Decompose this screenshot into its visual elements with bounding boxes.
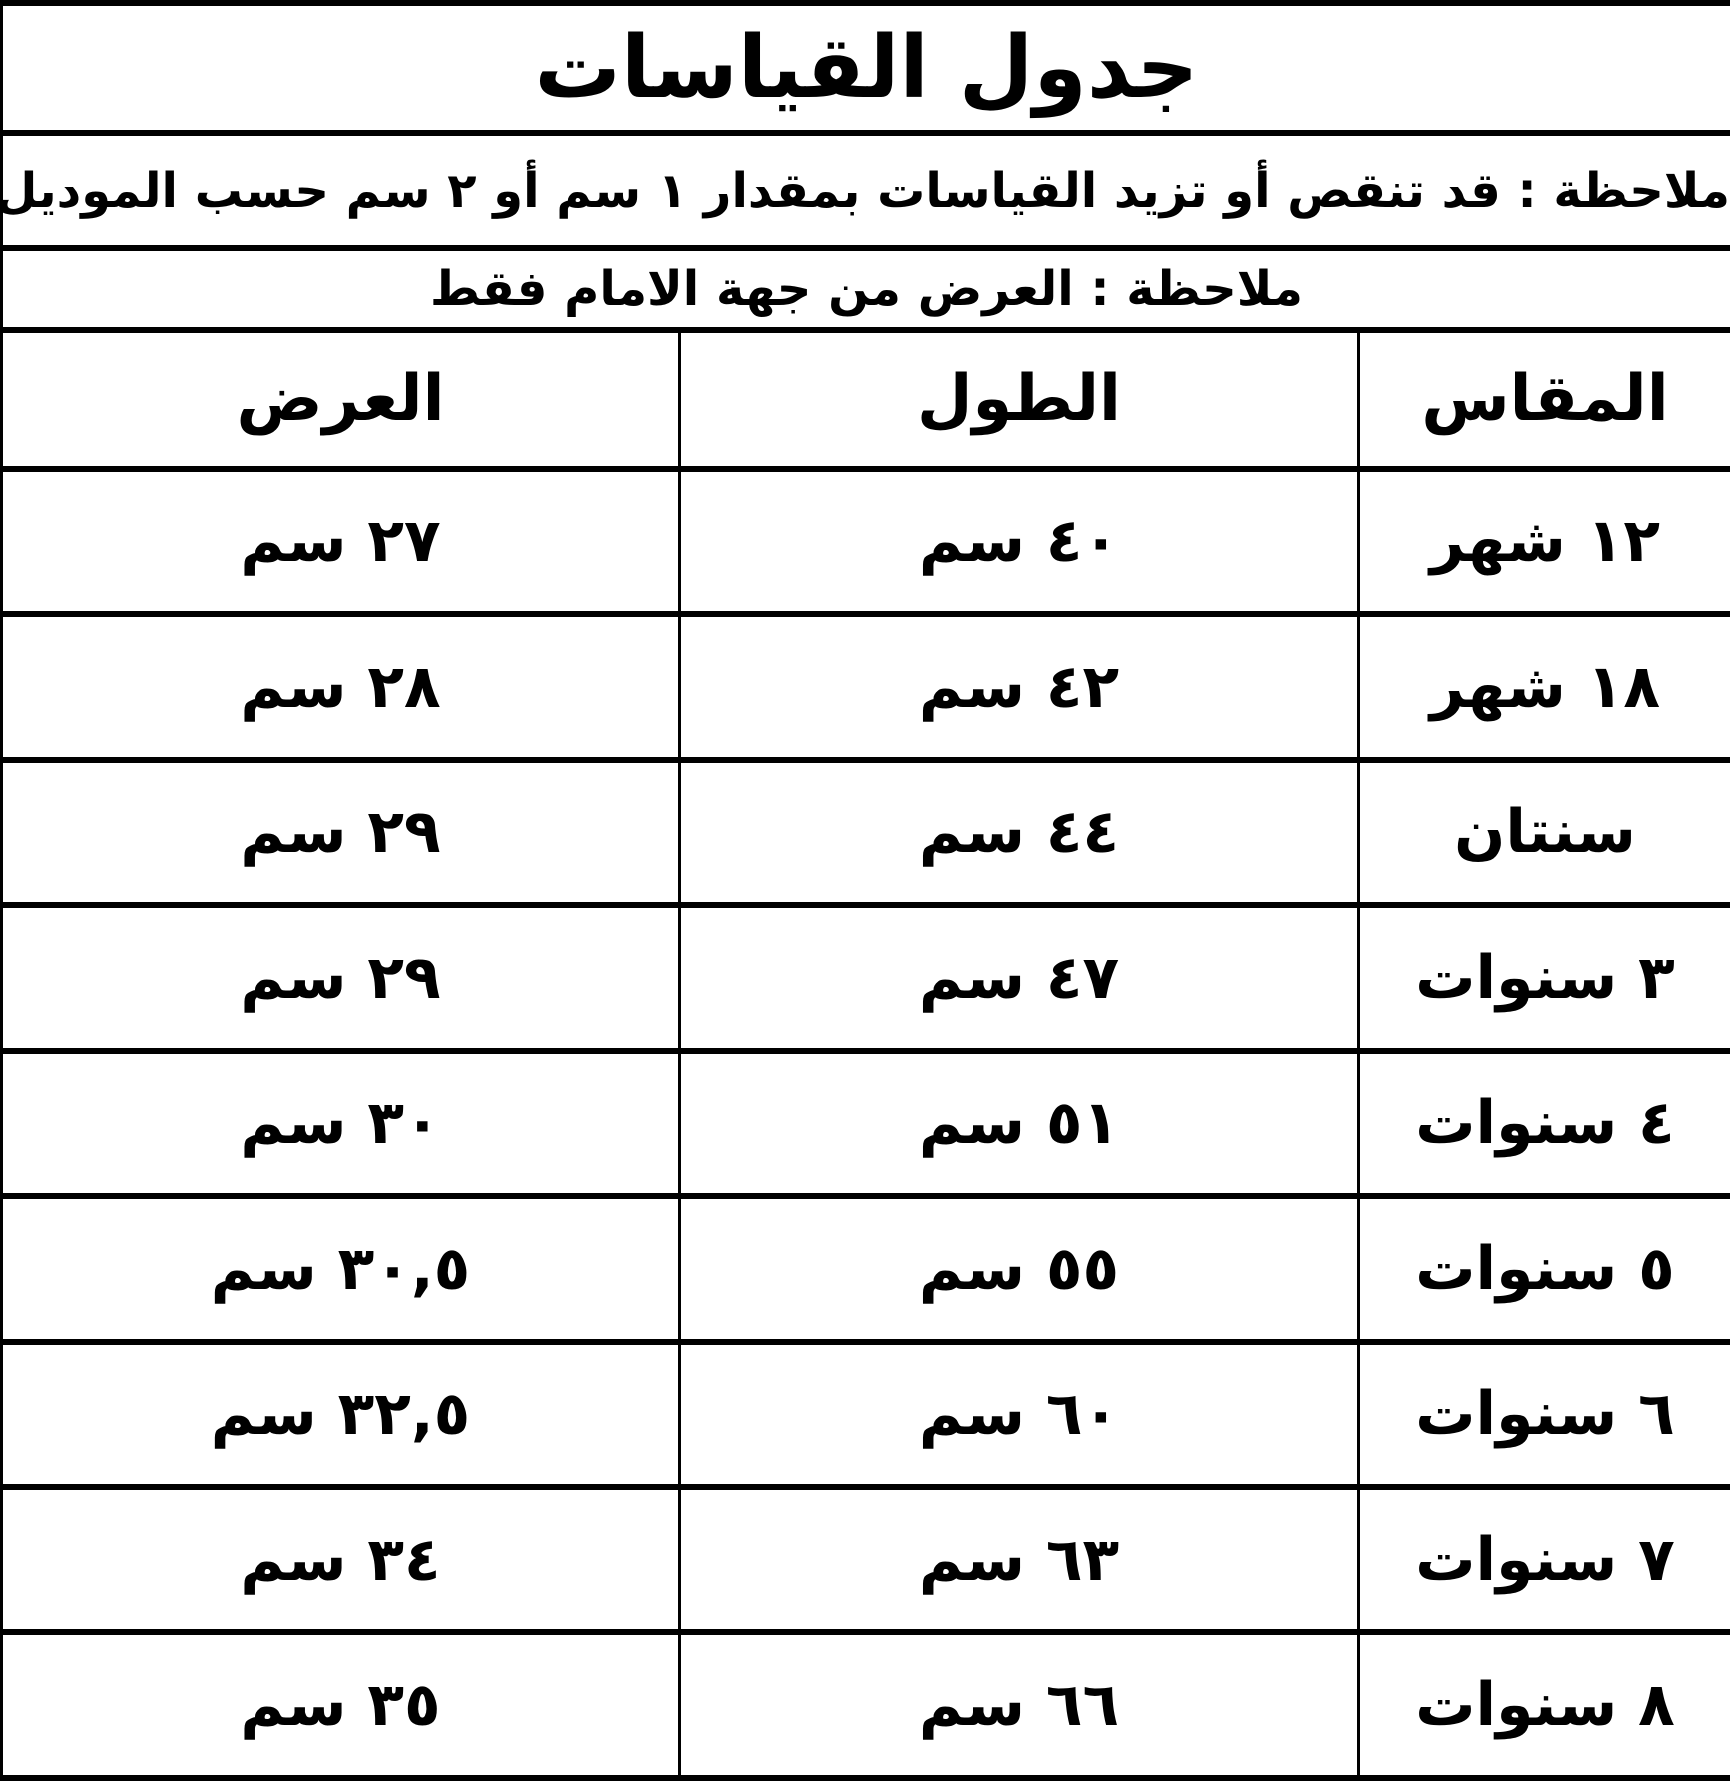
width-cell: ٣٥ سم [0,1632,677,1778]
length-cell: ٥٥ سم [677,1196,1356,1341]
size-cell: ٣ سنوات [1356,905,1729,1050]
length-cell: ٦٦ سم [677,1632,1356,1778]
length-cell: ٤٢ سم [677,614,1356,759]
size-cell: ١٢ شهر [1356,469,1729,614]
width-cell: ٢٧ سم [0,469,677,614]
table-row: ١٢ شهر ٤٠ سم ٢٧ سم [0,469,1729,614]
width-cell: ٢٨ سم [0,614,677,759]
size-cell: ٨ سنوات [1356,1632,1729,1778]
table-row: ٦ سنوات ٦٠ سم ٣٢,٥ سم [0,1342,1729,1487]
width-cell: ٣٠ سم [0,1051,677,1196]
length-cell: ٦٠ سم [677,1342,1356,1487]
length-cell: ٦٣ سم [677,1487,1356,1632]
note-measurement-tolerance: ملاحظة : قد تنقص أو تزيد القياسات بمقدار… [0,133,1729,248]
table-row: ١٨ شهر ٤٢ سم ٢٨ سم [0,614,1729,759]
width-cell: ٣٤ سم [0,1487,677,1632]
table-row: ٧ سنوات ٦٣ سم ٣٤ سم [0,1487,1729,1632]
header-size: المقاس [1356,330,1729,468]
header-width: العرض [0,330,677,468]
note-row-width-front: ملاحظة : العرض من جهة الامام فقط [0,248,1729,330]
size-chart-sheet: جدول القياسات ملاحظة : قد تنقص أو تزيد ا… [0,0,1730,1781]
width-cell: ٢٩ سم [0,905,677,1050]
size-cell: سنتان [1356,760,1729,905]
size-cell: ٦ سنوات [1356,1342,1729,1487]
table-row: ٥ سنوات ٥٥ سم ٣٠,٥ سم [0,1196,1729,1341]
page-title: جدول القياسات [0,3,1729,133]
length-cell: ٤٧ سم [677,905,1356,1050]
length-cell: ٤٤ سم [677,760,1356,905]
title-row: جدول القياسات [0,3,1729,133]
table-row: ٤ سنوات ٥١ سم ٣٠ سم [0,1051,1729,1196]
length-cell: ٤٠ سم [677,469,1356,614]
size-cell: ١٨ شهر [1356,614,1729,759]
measurements-table: جدول القياسات ملاحظة : قد تنقص أو تزيد ا… [0,0,1730,1781]
note-row-tolerance: ملاحظة : قد تنقص أو تزيد القياسات بمقدار… [0,133,1729,248]
table-row: ٣ سنوات ٤٧ سم ٢٩ سم [0,905,1729,1050]
width-cell: ٢٩ سم [0,760,677,905]
table-header-row: المقاس الطول العرض [0,330,1729,468]
size-cell: ٥ سنوات [1356,1196,1729,1341]
size-cell: ٤ سنوات [1356,1051,1729,1196]
width-cell: ٣٠,٥ سم [0,1196,677,1341]
table-row: سنتان ٤٤ سم ٢٩ سم [0,760,1729,905]
table-row: ٨ سنوات ٦٦ سم ٣٥ سم [0,1632,1729,1778]
width-cell: ٣٢,٥ سم [0,1342,677,1487]
length-cell: ٥١ سم [677,1051,1356,1196]
note-width-front-only: ملاحظة : العرض من جهة الامام فقط [0,248,1729,330]
size-cell: ٧ سنوات [1356,1487,1729,1632]
header-length: الطول [677,330,1356,468]
